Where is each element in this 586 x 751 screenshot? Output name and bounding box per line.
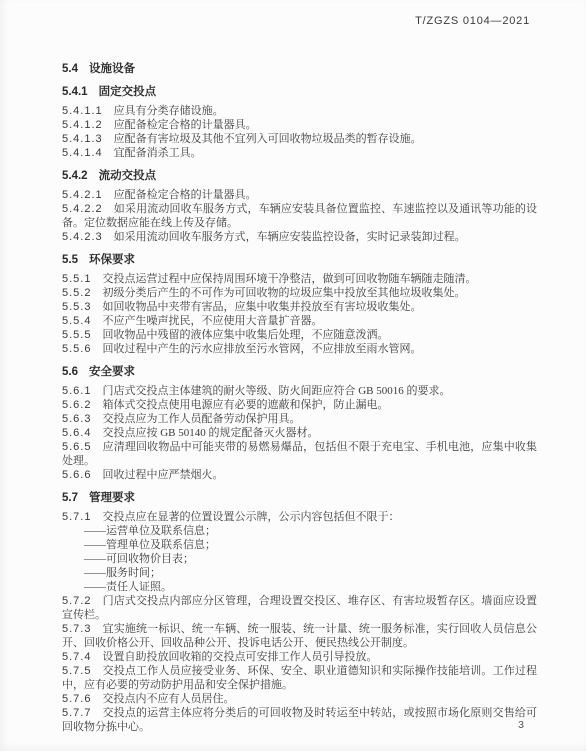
clause-text: 回收物品中残留的液体应集中收集后处理，不应随意泼洒。 xyxy=(102,329,388,341)
document-body: 5.4设施设备5.4.1固定交投点5.4.1.1应具有分类存储设施。5.4.1.… xyxy=(62,62,537,734)
clause-text: 门店式交投点内部应分区管理，合理设置交投区、堆存区、有害垃圾暂存区。墙面应设置宣… xyxy=(62,595,537,621)
clause-number: 5.5.1 xyxy=(62,273,91,285)
clause-number: 5.6.6 xyxy=(62,469,91,481)
section-heading: 5.4.2流动交投点 xyxy=(62,169,537,183)
clause-text: 应具有分类存储设施。 xyxy=(114,105,224,117)
clause-text: 交投点应在显著的位置设置公示牌，公示内容包括但不限于： xyxy=(102,511,399,523)
clause-number: 5.7.1 xyxy=(62,511,91,523)
document-page: T/ZGZS 0104—2021 5.4设施设备5.4.1固定交投点5.4.1.… xyxy=(0,0,586,751)
clause: 5.6.2箱体式交投点使用电源应有必要的遮蔽和保护，防止漏电。 xyxy=(62,398,537,412)
clause: 5.6.4交投点应按 GB 50140 的规定配备灭火器材。 xyxy=(62,426,537,440)
section-title: 设施设备 xyxy=(89,63,135,75)
section-heading: 5.4设施设备 xyxy=(62,62,537,76)
section-heading: 5.6安全要求 xyxy=(62,365,537,379)
clause-number: 5.4.1.2 xyxy=(62,119,103,131)
clause-text: 设置自助投放回收箱的交投点可安排工作人员引导投放。 xyxy=(102,651,377,663)
clause-number: 5.4.2 xyxy=(62,170,88,182)
clause-text: 应配备检定合格的计量器具。 xyxy=(114,119,257,131)
clause-text: ——可回收物价目表； xyxy=(84,553,194,565)
clause-text: 如采用流动回收车服务方式，车辆应安装具备位置监控、车速监控以及通讯等功能的设备。… xyxy=(62,203,537,229)
clause-text: 交投点运营过程中应保持周围环境干净整洁，做到可回收物随车辆随走随清。 xyxy=(102,273,476,285)
section-title: 固定交投点 xyxy=(99,86,157,98)
clause-number: 5.4.1.1 xyxy=(62,105,103,117)
clause: 5.4.1.3应配备有害垃圾及其他不宜列入可回收物垃圾品类的暂存设施。 xyxy=(62,132,537,146)
clause: 5.4.1.1应具有分类存储设施。 xyxy=(62,104,537,118)
clause-text: 如采用流动回收车服务方式，车辆应安装监控设备，实时记录装卸过程。 xyxy=(114,231,466,243)
clause-number: 5.7.4 xyxy=(62,651,91,663)
clause-text: 回收过程中应严禁烟火。 xyxy=(102,469,223,481)
page-number: 3 xyxy=(518,719,524,731)
clause: 5.5.2初级分类后产生的不可作为可回收物的垃圾应集中投放至其他垃圾收集处。 xyxy=(62,286,537,300)
list-item: ——可回收物价目表； xyxy=(62,552,537,566)
clause-number: 5.6 xyxy=(62,366,78,378)
clause: 5.4.1.2应配备检定合格的计量器具。 xyxy=(62,118,537,132)
clause-number: 5.4.1.4 xyxy=(62,147,103,159)
clause-number: 5.5 xyxy=(62,254,78,266)
clause-number: 5.6.4 xyxy=(62,427,91,439)
clause-text: 初级分类后产生的不可作为可回收物的垃圾应集中投放至其他垃圾收集处。 xyxy=(102,287,465,299)
clause-text: 交投点内不应有人员居住。 xyxy=(102,693,234,705)
clause-text: 交投点工作人员应接受业务、环保、安全、职业道德知识和实际操作技能培训。工作过程中… xyxy=(62,665,537,691)
clause-number: 5.5.5 xyxy=(62,329,91,341)
clause-text: 宜配备消杀工具。 xyxy=(114,147,202,159)
clause-number: 5.4 xyxy=(62,63,78,75)
clause-text: 应配备有害垃圾及其他不宜列入可回收物垃圾品类的暂存设施。 xyxy=(114,133,422,145)
clause-number: 5.6.5 xyxy=(62,441,91,453)
clause: 5.5.1交投点运营过程中应保持周围环境干净整洁，做到可回收物随车辆随走随清。 xyxy=(62,272,537,286)
clause: 5.7.1交投点应在显著的位置设置公示牌，公示内容包括但不限于： xyxy=(62,510,537,524)
clause-text: 箱体式交投点使用电源应有必要的遮蔽和保护，防止漏电。 xyxy=(102,399,388,411)
clause-number: 5.7.2 xyxy=(62,595,91,607)
clause: 5.5.3如回收物品中夹带有害品，应集中收集并投放至有害垃圾收集处。 xyxy=(62,300,537,314)
clause-number: 5.7 xyxy=(62,492,78,504)
section-title: 流动交投点 xyxy=(99,170,157,182)
document-code-header: T/ZGZS 0104—2021 xyxy=(415,15,530,27)
clause-number: 5.4.2.3 xyxy=(62,231,103,243)
clause-text: 应清理回收物品中可能夹带的易燃易爆品，包括但不限于充电宝、手机电池，应集中收集处… xyxy=(62,441,537,467)
clause: 5.5.4不应产生噪声扰民，不应使用大音量扩音器。 xyxy=(62,314,537,328)
clause-text: ——管理单位及联系信息； xyxy=(84,539,216,551)
clause: 5.7.5交投点工作人员应接受业务、环保、安全、职业道德知识和实际操作技能培训。… xyxy=(62,664,537,692)
clause-number: 5.7.6 xyxy=(62,693,91,705)
clause-number: 5.6.1 xyxy=(62,385,91,397)
clause-text: 不应产生噪声扰民，不应使用大音量扩音器。 xyxy=(102,315,322,327)
section-heading: 5.4.1固定交投点 xyxy=(62,85,537,99)
clause-number: 5.4.1.3 xyxy=(62,133,103,145)
clause-text: ——服务时间； xyxy=(84,567,161,579)
clause-text: ——运营单位及联系信息； xyxy=(84,525,216,537)
clause-number: 5.5.6 xyxy=(62,343,91,355)
clause-text: 交投点的运营主体应将分类后的可回收物及时转运至中转站，或按照市场化原则交售给可回… xyxy=(62,707,537,733)
clause: 5.7.3宜实施统一标识、统一车辆、统一服装、统一计量、统一服务标准，实行回收人… xyxy=(62,622,537,650)
clause: 5.6.5应清理回收物品中可能夹带的易燃易爆品，包括但不限于充电宝、手机电池，应… xyxy=(62,440,537,468)
list-item: ——服务时间； xyxy=(62,566,537,580)
clause: 5.5.6回收过程中产生的污水应排放至污水管网，不应排放至雨水管网。 xyxy=(62,342,537,356)
clause: 5.4.2.1应配备检定合格的计量器具。 xyxy=(62,188,537,202)
clause-number: 5.4.1 xyxy=(62,86,88,98)
clause-number: 5.4.2.2 xyxy=(62,203,103,215)
clause: 5.7.2门店式交投点内部应分区管理，合理设置交投区、堆存区、有害垃圾暂存区。墙… xyxy=(62,594,537,622)
clause: 5.7.7交投点的运营主体应将分类后的可回收物及时转运至中转站，或按照市场化原则… xyxy=(62,706,537,734)
clause: 5.5.5回收物品中残留的液体应集中收集后处理，不应随意泼洒。 xyxy=(62,328,537,342)
clause: 5.7.6交投点内不应有人员居住。 xyxy=(62,692,537,706)
section-title: 管理要求 xyxy=(89,492,135,504)
clause-number: 5.6.2 xyxy=(62,399,91,411)
clause-text: 交投点应按 GB 50140 的规定配备灭火器材。 xyxy=(102,427,318,439)
clause-number: 5.6.3 xyxy=(62,413,91,425)
clause: 5.6.1门店式交投点主体建筑的耐火等级、防火间距应符合 GB 50016 的要… xyxy=(62,384,537,398)
clause-text: 如回收物品中夹带有害品，应集中收集并投放至有害垃圾收集处。 xyxy=(102,301,421,313)
clause: 5.6.3交投点应为工作人员配备劳动保护用具。 xyxy=(62,412,537,426)
list-item: ——运营单位及联系信息； xyxy=(62,524,537,538)
section-heading: 5.7管理要求 xyxy=(62,491,537,505)
clause-text: 门店式交投点主体建筑的耐火等级、防火间距应符合 GB 50016 的要求。 xyxy=(102,385,450,397)
clause-number: 5.5.2 xyxy=(62,287,91,299)
clause-text: 应配备检定合格的计量器具。 xyxy=(114,189,257,201)
clause: 5.4.2.3如采用流动回收车服务方式，车辆应安装监控设备，实时记录装卸过程。 xyxy=(62,230,537,244)
clause: 5.4.1.4宜配备消杀工具。 xyxy=(62,146,537,160)
clause: 5.7.4设置自助投放回收箱的交投点可安排工作人员引导投放。 xyxy=(62,650,537,664)
section-title: 安全要求 xyxy=(89,366,135,378)
clause-number: 5.7.7 xyxy=(62,707,91,719)
clause-text: 宜实施统一标识、统一车辆、统一服装、统一计量、统一服务标准，实行回收人员信息公开… xyxy=(62,623,537,649)
clause: 5.6.6回收过程中应严禁烟火。 xyxy=(62,468,537,482)
list-item: ——责任人证照。 xyxy=(62,580,537,594)
clause: 5.4.2.2如采用流动回收车服务方式，车辆应安装具备位置监控、车速监控以及通讯… xyxy=(62,202,537,230)
clause-text: ——责任人证照。 xyxy=(84,581,172,593)
clause-number: 5.4.2.1 xyxy=(62,189,103,201)
clause-number: 5.7.3 xyxy=(62,623,91,635)
clause-text: 回收过程中产生的污水应排放至污水管网，不应排放至雨水管网。 xyxy=(102,343,421,355)
clause-number: 5.5.4 xyxy=(62,315,91,327)
clause-text: 交投点应为工作人员配备劳动保护用具。 xyxy=(102,413,300,425)
section-heading: 5.5环保要求 xyxy=(62,253,537,267)
clause-number: 5.5.3 xyxy=(62,301,91,313)
clause-number: 5.7.5 xyxy=(62,665,91,677)
section-title: 环保要求 xyxy=(89,254,135,266)
list-item: ——管理单位及联系信息； xyxy=(62,538,537,552)
